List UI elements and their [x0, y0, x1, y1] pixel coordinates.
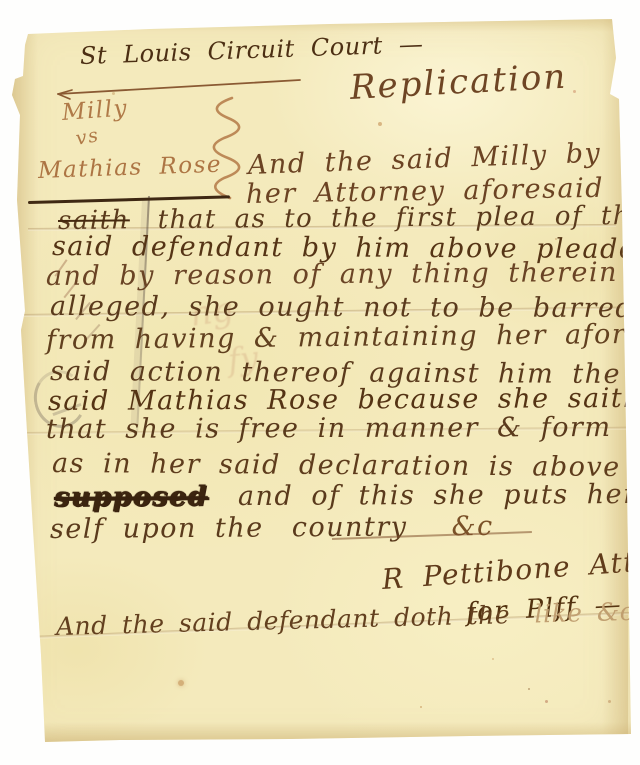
closing-line-main: And the said defendant doth the	[56, 600, 511, 641]
body-line-supposed: supposed and of this she puts her	[54, 479, 638, 513]
etc-abbreviation: &c	[451, 511, 493, 542]
paper-sheet: ng fy St Louis Circuit Court — Replicati…	[0, 0, 640, 765]
saith-line-rest: that as to the first plea of the	[157, 201, 640, 235]
attorney-signature: R Pettibone Atty	[381, 544, 640, 596]
stain-spot	[608, 700, 611, 703]
body-line: from having & maintaining her afore	[46, 319, 640, 356]
scanned-document: ng fy St Louis Circuit Court — Replicati…	[0, 0, 640, 765]
closing-line: And the said defendant doth the like &c …	[56, 596, 640, 641]
closing-line-faint: like &c —	[534, 596, 640, 629]
stain-spot	[545, 700, 548, 703]
closing-dash: —	[16, 628, 40, 653]
stain-spot	[420, 706, 422, 708]
document-title: Replication	[349, 57, 568, 108]
stain-spot	[555, 238, 557, 240]
defendant-name: Mathias Rose	[38, 152, 223, 184]
paper-edge-shading-bottom	[34, 722, 632, 742]
plaintiff-name: Milly	[61, 95, 129, 126]
stain-spot	[178, 680, 184, 686]
country-line-pre: self upon the	[50, 513, 264, 545]
stain-spot	[492, 658, 494, 660]
body-line: and by reason of any thing therein	[46, 257, 618, 292]
versus-label: vs	[74, 124, 101, 150]
stain-spot	[112, 92, 115, 95]
stain-spot	[528, 688, 530, 690]
stain-spot	[378, 122, 382, 126]
blotted-word: supposed	[54, 481, 208, 513]
paper-edge-shading-left	[10, 28, 38, 747]
paper-edge-shading-top	[20, 17, 625, 32]
body-line: as in her said declaration is above	[52, 448, 621, 483]
court-name-line: St Louis Circuit Court —	[80, 30, 424, 70]
supposed-line-rest: and of this she puts her	[238, 479, 638, 512]
body-line-country: self upon the country &c	[50, 511, 494, 545]
stain-spot	[573, 90, 576, 93]
body-line: that she is free in manner & form	[46, 412, 612, 445]
